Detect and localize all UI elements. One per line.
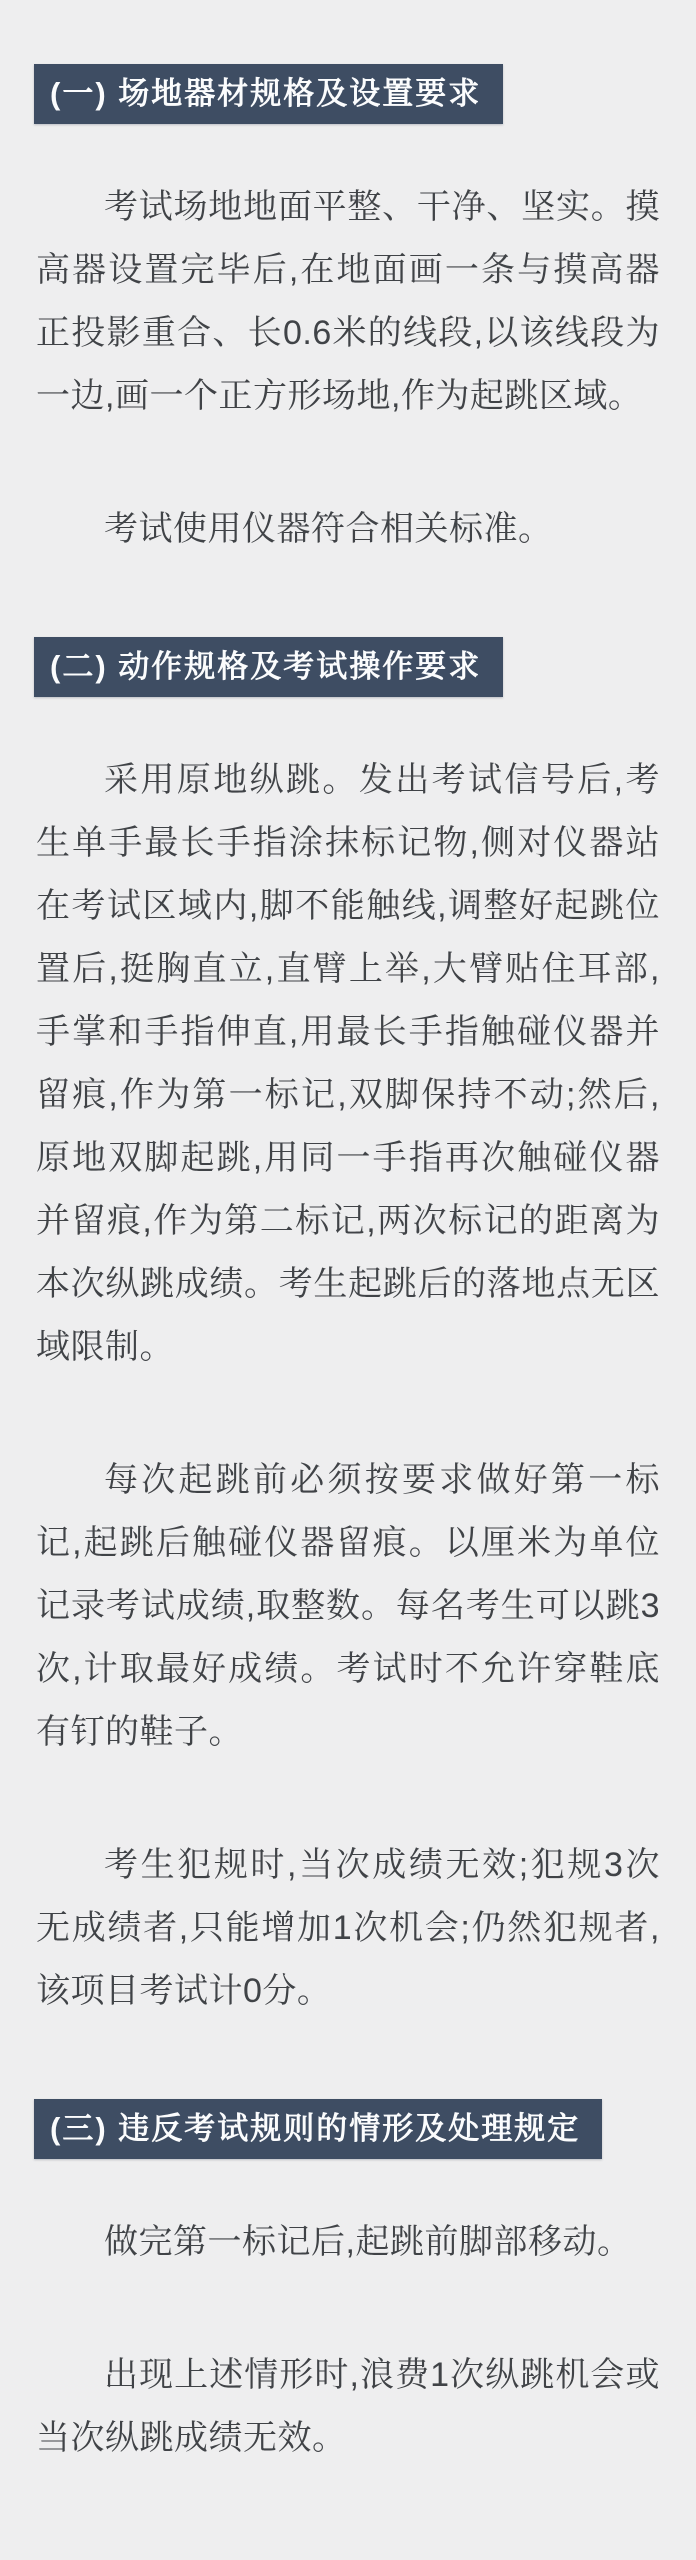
section-violations: (三) 违反考试规则的情形及处理规定 做完第一标记后,起跳前脚部移动。 出现上述… (36, 2099, 660, 2470)
section-heading-2: (二) 动作规格及考试操作要求 (34, 637, 503, 697)
paragraph-scoring: 每次起跳前必须按要求做好第一标记,起跳后触碰仪器留痕。以厘米为单位记录考试成绩,… (36, 1449, 660, 1764)
paragraph-violation-penalty: 出现上述情形时,浪费1次纵跳机会或当次纵跳成绩无效。 (36, 2344, 660, 2470)
paragraph-fouls: 考生犯规时,当次成绩无效;犯规3次无成绩者,只能增加1次机会;仍然犯规者,该项目… (36, 1834, 660, 2023)
paragraph-violation-case: 做完第一标记后,起跳前脚部移动。 (36, 2211, 660, 2274)
section-heading-1: (一) 场地器材规格及设置要求 (34, 64, 503, 124)
article-page: (一) 场地器材规格及设置要求 考试场地地面平整、干净、坚实。摸高器设置完毕后,… (0, 0, 696, 2560)
section-venue-equipment: (一) 场地器材规格及设置要求 考试场地地面平整、干净、坚实。摸高器设置完毕后,… (36, 64, 660, 561)
paragraph-jump-procedure: 采用原地纵跳。发出考试信号后,考生单手最长手指涂抹标记物,侧对仪器站在考试区域内… (36, 749, 660, 1379)
section-movement-rules: (二) 动作规格及考试操作要求 采用原地纵跳。发出考试信号后,考生单手最长手指涂… (36, 637, 660, 2023)
section-heading-3: (三) 违反考试规则的情形及处理规定 (34, 2099, 602, 2159)
paragraph-instrument-standard: 考试使用仪器符合相关标准。 (36, 498, 660, 561)
paragraph-venue-setup: 考试场地地面平整、干净、坚实。摸高器设置完毕后,在地面画一条与摸高器正投影重合、… (36, 176, 660, 428)
